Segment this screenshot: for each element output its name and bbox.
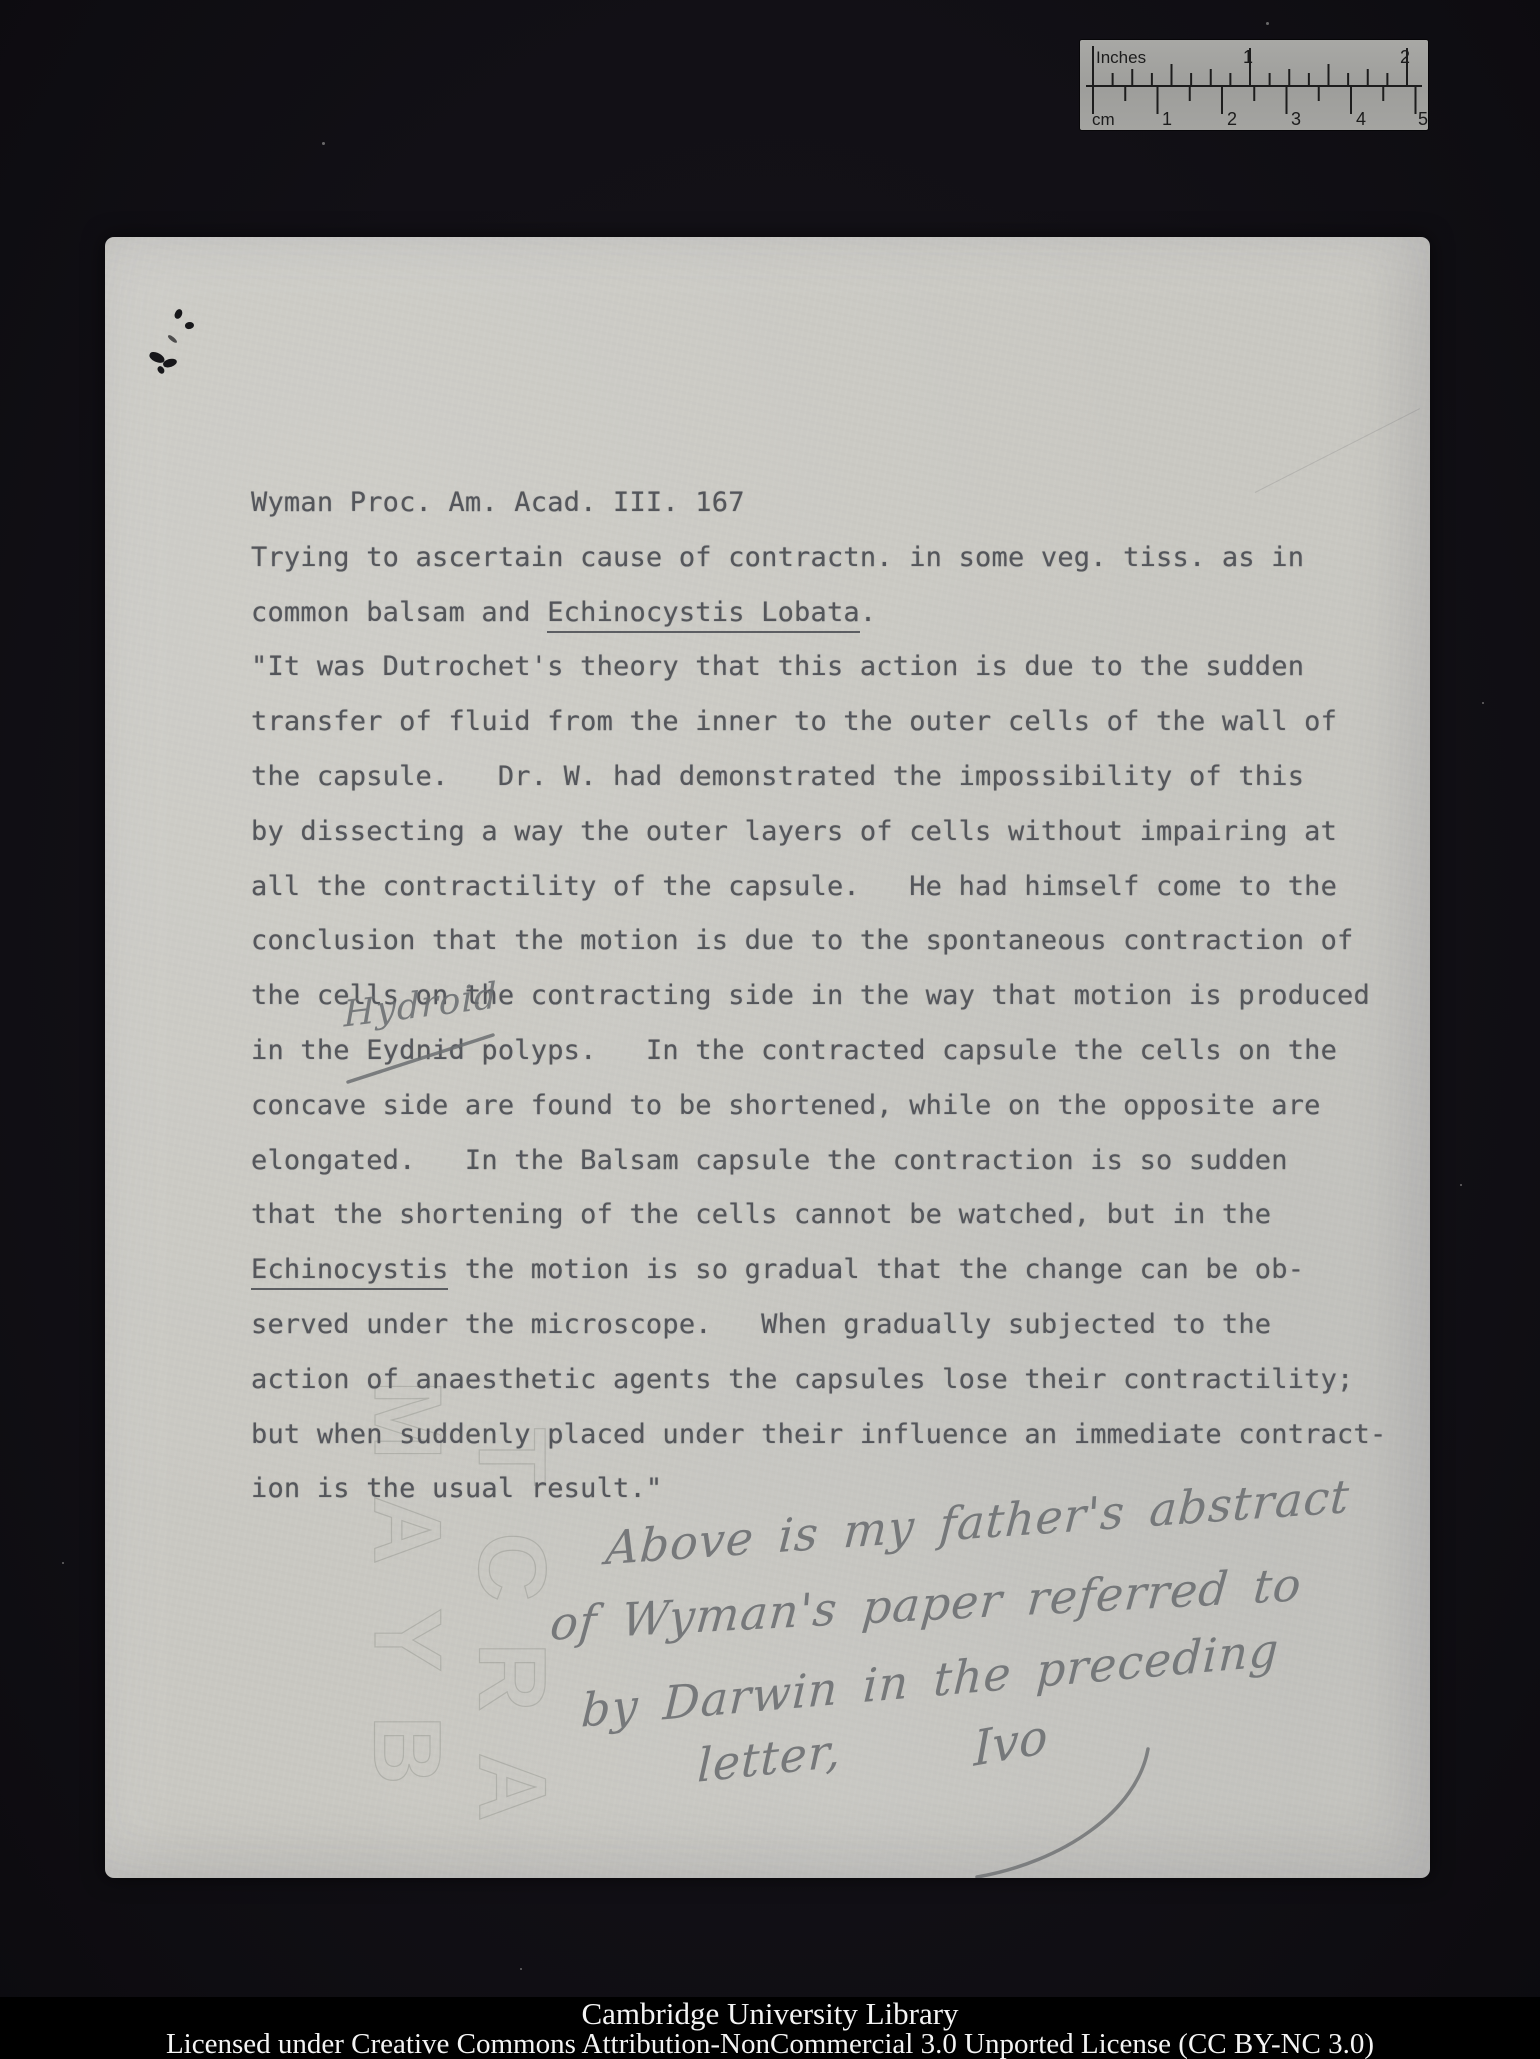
typed-text: common balsam and bbox=[251, 597, 547, 628]
typed-line: in the Eydnid polyps. In the contracted … bbox=[251, 1034, 1337, 1068]
typed-line: ion is the usual result." bbox=[251, 1472, 662, 1506]
typed-line: transfer of fluid from the inner to the … bbox=[251, 705, 1337, 739]
typed-text: the motion is so gradual that the change… bbox=[448, 1254, 1304, 1285]
typed-text: polyps. In the contracted capsule the ce… bbox=[465, 1035, 1337, 1066]
footer-institution: Cambridge University Library bbox=[0, 1998, 1540, 2030]
typed-text: . bbox=[860, 597, 876, 628]
footer-caption: Cambridge University Library Licensed un… bbox=[0, 1997, 1540, 2059]
typed-line: common balsam and Echinocystis Lobata. bbox=[251, 596, 876, 630]
ruler-cm-number-4: 4 bbox=[1356, 109, 1366, 129]
ruler-cm-number-3: 3 bbox=[1291, 109, 1301, 129]
ruler-scale: Inches 1 2 cm 1 2 3 4 5 bbox=[1080, 40, 1428, 130]
typed-line: but when suddenly placed under their inf… bbox=[251, 1418, 1386, 1452]
ruler-cm-number-1: 1 bbox=[1162, 109, 1172, 129]
watermark-letter: C bbox=[457, 1532, 567, 1601]
typed-line: the capsule. Dr. W. had demonstrated the… bbox=[251, 760, 1304, 794]
paper-scratch bbox=[1255, 408, 1420, 493]
ruler-inch-number-2: 2 bbox=[1400, 47, 1410, 67]
typed-line: Trying to ascertain cause of contractn. … bbox=[251, 541, 1304, 575]
typed-line: served under the microscope. When gradua… bbox=[251, 1308, 1271, 1342]
measurement-ruler: Inches 1 2 cm 1 2 3 4 5 bbox=[1080, 40, 1428, 130]
typed-line: all the contractility of the capsule. He… bbox=[251, 870, 1337, 904]
watermark-letter: A bbox=[457, 1752, 567, 1821]
watermark-column-right: T C R A bbox=[477, 1402, 546, 1842]
paper-sheet: M A Y B T C R A Wyman Proc. Am. Acad. II… bbox=[105, 237, 1430, 1878]
underlined-species-name: Echinocystis Lobata bbox=[547, 597, 860, 633]
typed-line: that the shortening of the cells cannot … bbox=[251, 1198, 1271, 1232]
typed-line: "It was Dutrochet's theory that this act… bbox=[251, 650, 1304, 684]
dust-speck bbox=[62, 1562, 64, 1564]
typed-line: Echinocystis the motion is so gradual th… bbox=[251, 1253, 1304, 1287]
dust-speck bbox=[1266, 22, 1269, 25]
typed-line: action of anaesthetic agents the capsule… bbox=[251, 1363, 1354, 1397]
watermark-letter: B bbox=[352, 1715, 462, 1784]
ruler-cm-number-5: 5 bbox=[1418, 109, 1428, 129]
ruler-cm-number-2: 2 bbox=[1227, 109, 1237, 129]
footer-license: Licensed under Creative Commons Attribut… bbox=[0, 2030, 1540, 2059]
dust-speck bbox=[1482, 702, 1484, 704]
archival-scan-page: { "colors": { "background": "#121016", "… bbox=[0, 0, 1540, 2059]
watermark-letter: Y bbox=[352, 1608, 462, 1672]
underlined-species-name: Echinocystis bbox=[251, 1254, 448, 1290]
typed-line: elongated. In the Balsam capsule the con… bbox=[251, 1144, 1288, 1178]
typed-text: in the bbox=[251, 1035, 366, 1066]
dust-speck bbox=[322, 142, 325, 145]
dust-speck bbox=[520, 1968, 522, 1970]
typed-line: Wyman Proc. Am. Acad. III. 167 bbox=[251, 486, 745, 520]
ruler-inch-number-1: 1 bbox=[1243, 47, 1253, 67]
dust-speck bbox=[1460, 1184, 1462, 1186]
watermark-letter: R bbox=[457, 1642, 567, 1711]
typed-line: concave side are found to be shortened, … bbox=[251, 1089, 1321, 1123]
struck-word: Eydnid bbox=[366, 1035, 465, 1066]
handwritten-note-line: letter, bbox=[696, 1723, 842, 1793]
handwritten-note-line: Above is my father's abstract bbox=[604, 1469, 1352, 1575]
handwritten-signature: Ivo bbox=[974, 1708, 1048, 1778]
typed-line: conclusion that the motion is due to the… bbox=[251, 924, 1354, 958]
ruler-cm-label: cm bbox=[1092, 110, 1115, 129]
ruler-inches-label: Inches bbox=[1096, 48, 1146, 67]
typed-line: by dissecting a way the outer layers of … bbox=[251, 815, 1337, 849]
